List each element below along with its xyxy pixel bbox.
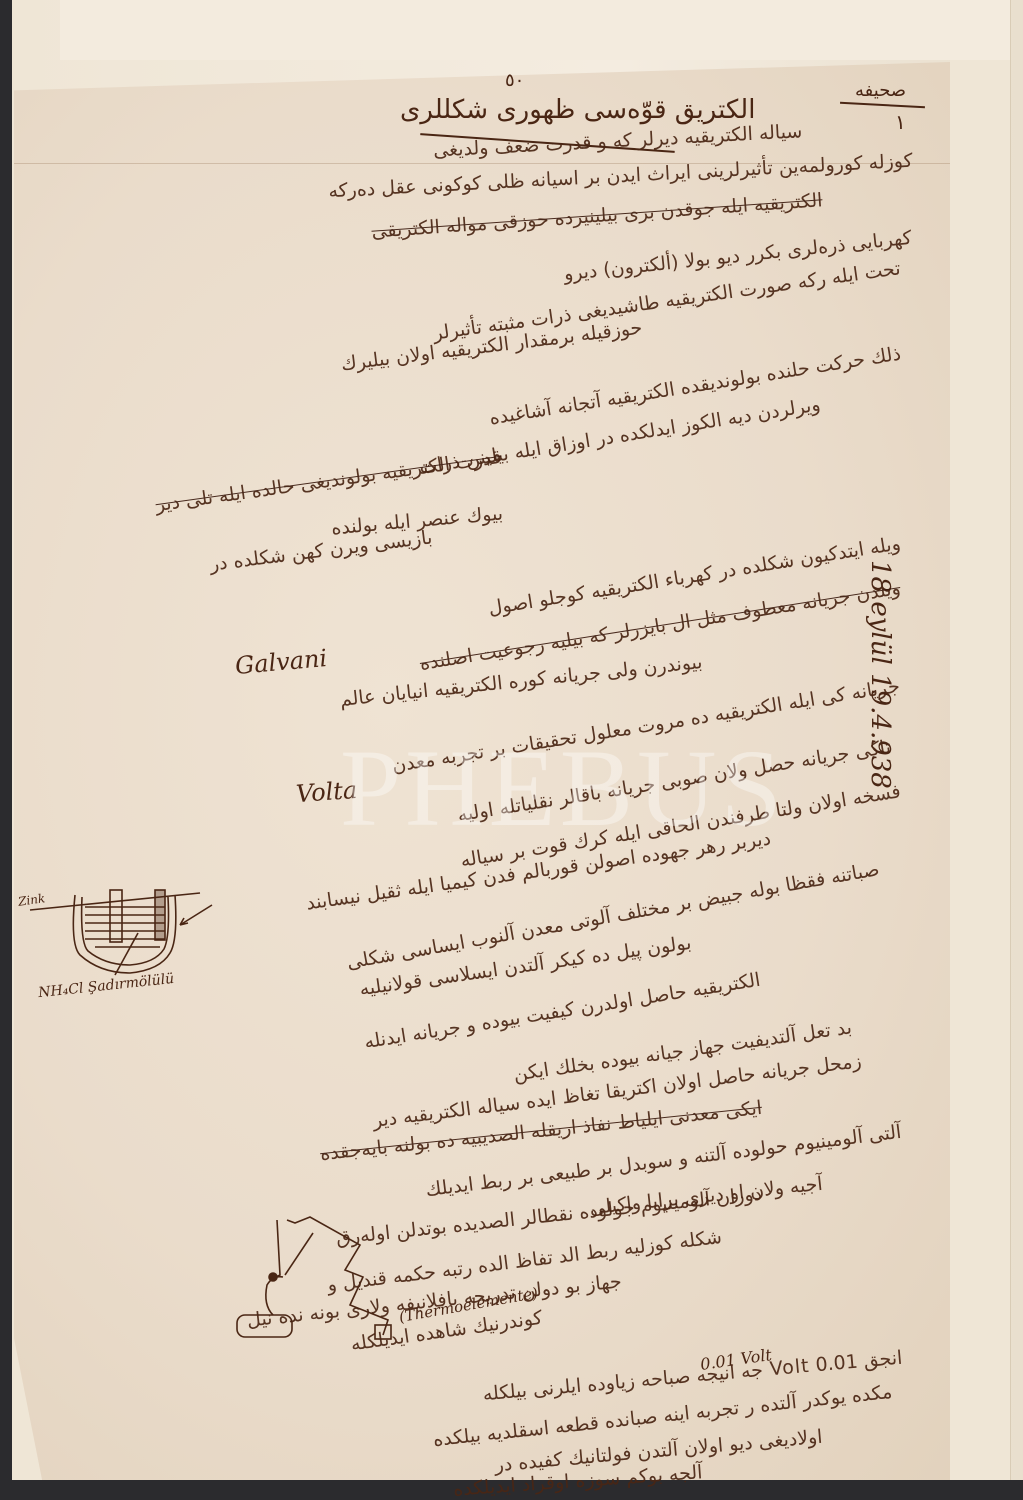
page-label: صحیفه (855, 80, 906, 101)
thermoelement-sketch (225, 1215, 405, 1345)
paper-stack-layer (60, 0, 1011, 60)
page-number: ١ (895, 110, 906, 134)
term-volta: Volta (295, 776, 358, 808)
paper-stack-layer (950, 60, 1011, 1480)
document-title: الكتريق قوّه‌سی ظهوری شكللری (400, 95, 755, 125)
header-mark: ٥٠ (505, 70, 524, 91)
